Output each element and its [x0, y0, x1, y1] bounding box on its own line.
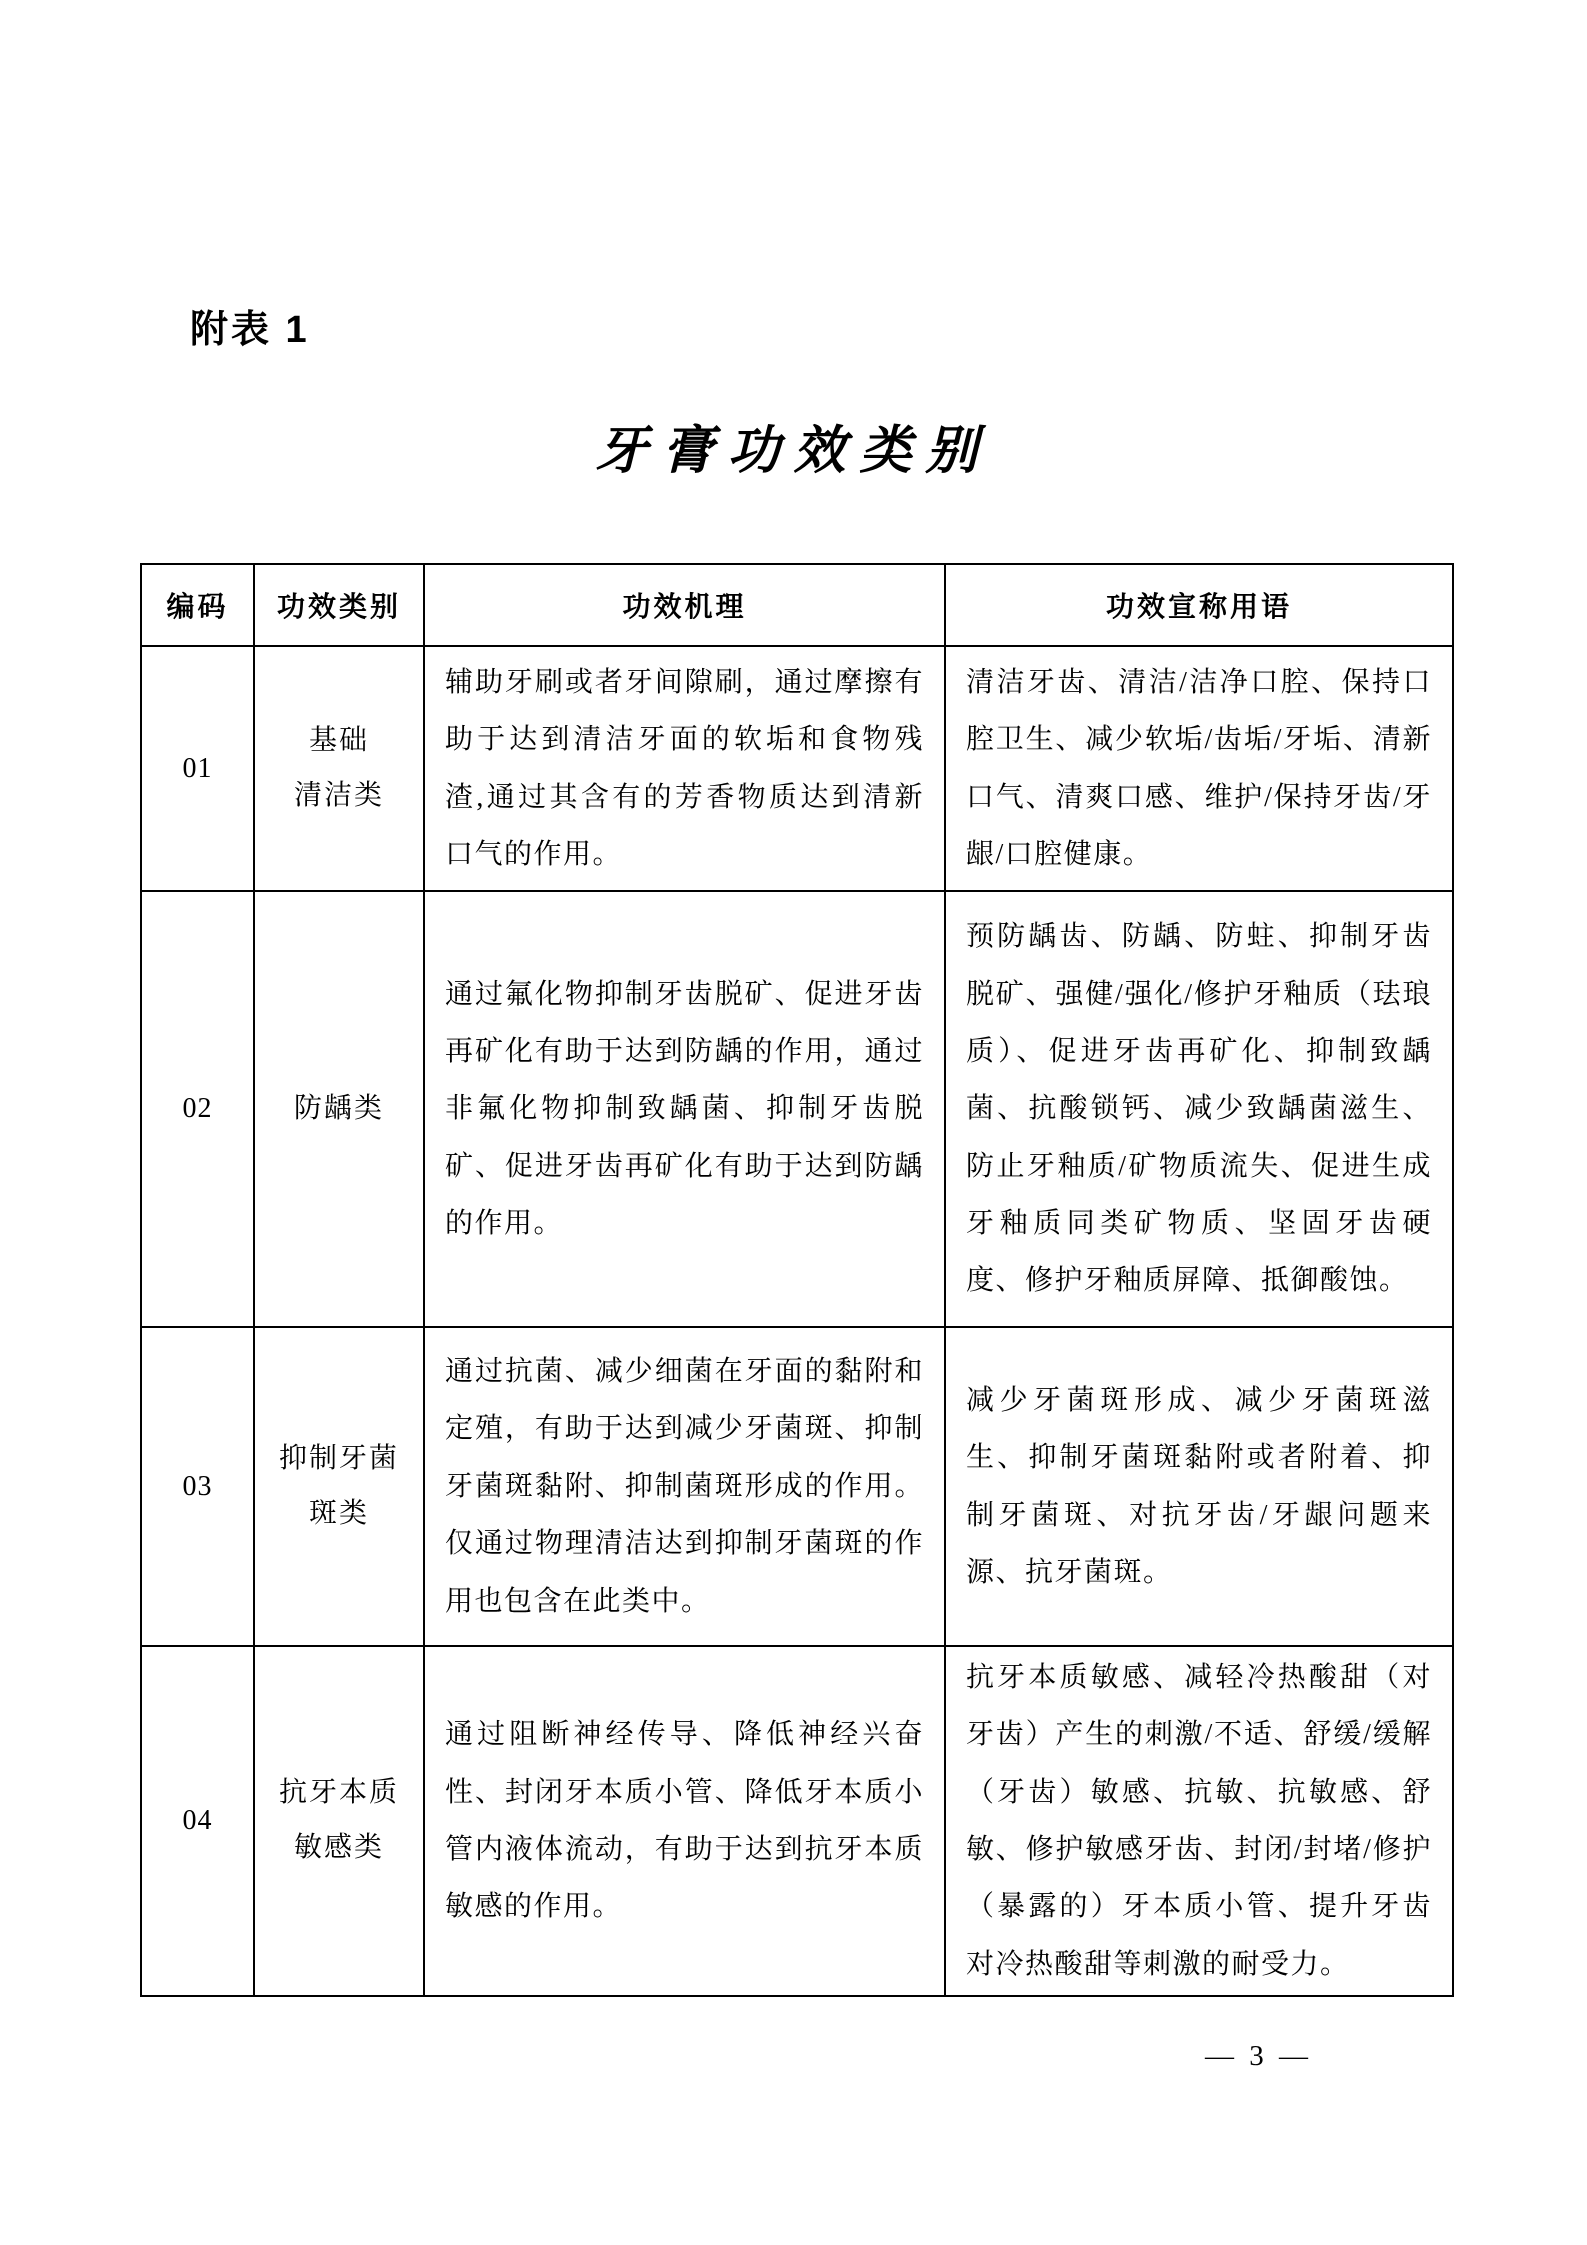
table-row: 02 防龋类 通过氟化物抑制牙齿脱矿、促进牙齿再矿化有助于达到防龋的作用，通过非… — [141, 891, 1453, 1327]
claims-cell: 清洁牙齿、清洁/洁净口腔、保持口腔卫生、减少软垢/齿垢/牙垢、清新口气、清爽口感… — [945, 646, 1453, 891]
mechanism-cell: 通过氟化物抑制牙齿脱矿、促进牙齿再矿化有助于达到防龋的作用，通过非氟化物抑制致龋… — [424, 891, 945, 1327]
table-header-row: 编码 功效类别 功效机理 功效宣称用语 — [141, 564, 1453, 646]
category-cell: 抑制牙菌 斑类 — [254, 1327, 424, 1646]
document-page: 附表 1 牙膏功效类别 编码 功效类别 功效机理 功效宣称用语 01 基础 清洁… — [0, 0, 1587, 2245]
table-row: 04 抗牙本质 敏感类 通过阻断神经传导、降低神经兴奋性、封闭牙本质小管、降低牙… — [141, 1646, 1453, 1996]
header-category: 功效类别 — [254, 564, 424, 646]
category-cell: 抗牙本质 敏感类 — [254, 1646, 424, 1996]
code-cell: 04 — [141, 1646, 254, 1996]
claims-cell: 预防龋齿、防龋、防蛀、抑制牙齿脱矿、强健/强化/修护牙釉质（珐琅质）、促进牙齿再… — [945, 891, 1453, 1327]
appendix-label: 附表 1 — [190, 298, 310, 353]
header-claims: 功效宣称用语 — [945, 564, 1453, 646]
header-mechanism: 功效机理 — [424, 564, 945, 646]
code-cell: 01 — [141, 646, 254, 891]
table-row: 01 基础 清洁类 辅助牙刷或者牙间隙刷，通过摩擦有助于达到清洁牙面的软垢和食物… — [141, 646, 1453, 891]
code-cell: 03 — [141, 1327, 254, 1646]
mechanism-cell: 辅助牙刷或者牙间隙刷，通过摩擦有助于达到清洁牙面的软垢和食物残渣,通过其含有的芳… — [424, 646, 945, 891]
category-cell: 基础 清洁类 — [254, 646, 424, 891]
category-cell: 防龋类 — [254, 891, 424, 1327]
efficacy-table: 编码 功效类别 功效机理 功效宣称用语 01 基础 清洁类 辅助牙刷或者牙间隙刷… — [140, 563, 1454, 1997]
page-title: 牙膏功效类别 — [0, 408, 1587, 483]
claims-cell: 抗牙本质敏感、减轻冷热酸甜（对牙齿）产生的刺激/不适、舒缓/缓解（牙齿）敏感、抗… — [945, 1646, 1453, 1996]
header-code: 编码 — [141, 564, 254, 646]
claims-cell: 减少牙菌斑形成、减少牙菌斑滋生、抑制牙菌斑黏附或者附着、抑制牙菌斑、对抗牙齿/牙… — [945, 1327, 1453, 1646]
page-number: — 3 — — [1205, 2040, 1312, 2073]
mechanism-cell: 通过阻断神经传导、降低神经兴奋性、封闭牙本质小管、降低牙本质小管内液体流动，有助… — [424, 1646, 945, 1996]
code-cell: 02 — [141, 891, 254, 1327]
table-row: 03 抑制牙菌 斑类 通过抗菌、减少细菌在牙面的黏附和定殖，有助于达到减少牙菌斑… — [141, 1327, 1453, 1646]
mechanism-cell: 通过抗菌、减少细菌在牙面的黏附和定殖，有助于达到减少牙菌斑、抑制牙菌斑黏附、抑制… — [424, 1327, 945, 1646]
